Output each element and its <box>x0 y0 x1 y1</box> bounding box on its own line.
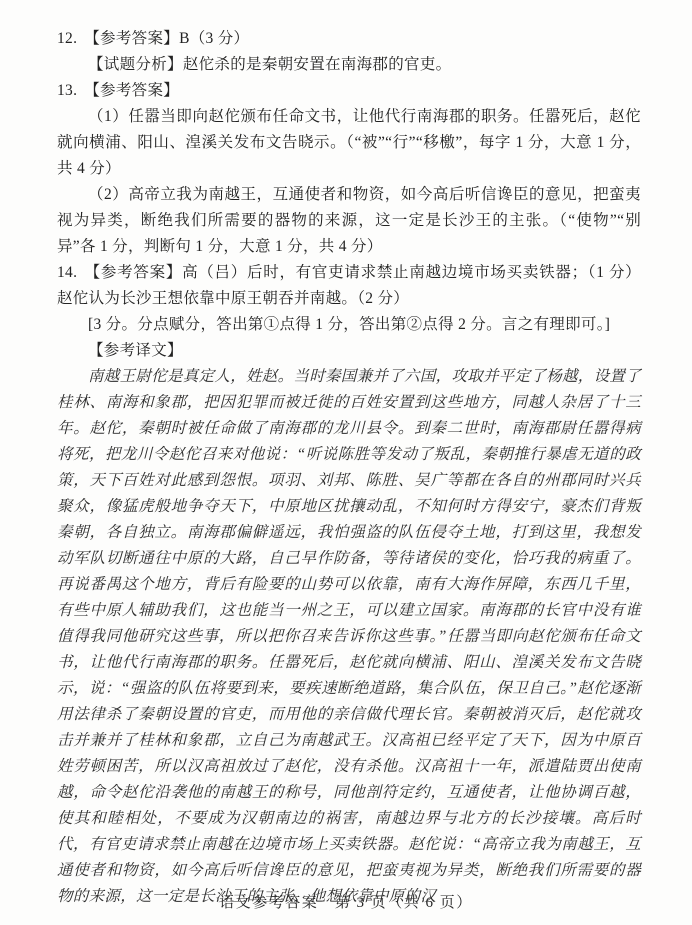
q13-header-line: 13.【参考答案】 <box>57 78 641 104</box>
footer-page-number: 第 3 页（共 6 页） <box>335 895 473 911</box>
translation-text: 南越王尉佗是真定人，姓赵。当时秦国兼并了六国，攻取并平定了杨越，设置了桂林、南海… <box>57 364 641 910</box>
q14-number: 14. <box>57 264 77 281</box>
page-footer: 语文参考答案第 3 页（共 6 页） <box>0 891 692 912</box>
q13-number: 13. <box>57 82 77 99</box>
exam-answer-page: 12.【参考答案】B（3 分） 【试题分析】赵佗杀的是秦朝安置在南海郡的官吏。 … <box>0 0 692 925</box>
q12-analysis-line: 【试题分析】赵佗杀的是秦朝安置在南海郡的官吏。 <box>57 52 641 78</box>
page-content: 12.【参考答案】B（3 分） 【试题分析】赵佗杀的是秦朝安置在南海郡的官吏。 … <box>57 26 641 910</box>
q12-answer-tag: 【参考答案】 <box>84 30 179 47</box>
q12-answer-text: B（3 分） <box>179 30 249 47</box>
q13-part2: （2）高帝立我为南越王，互通使者和物资，如今高后听信谗臣的意见，把蛮夷视为异类，… <box>57 182 641 260</box>
q14-answer-line: 14.【参考答案】高（吕）后时，有官吏请求禁止南越边境市场买卖铁器；（1 分）赵… <box>57 260 641 312</box>
q12-answer-line: 12.【参考答案】B（3 分） <box>57 26 641 52</box>
q14-scoring-note: [3 分。分点赋分，答出第①点得 1 分，答出第②点得 2 分。言之有理即可。] <box>57 312 641 338</box>
q13-answer-tag: 【参考答案】 <box>84 82 179 99</box>
q13-part1: （1）任嚣当即向赵佗颁布任命文书，让他代行南海郡的职务。任嚣死后，赵佗就向横浦、… <box>57 104 641 182</box>
q14-answer-tag: 【参考答案】 <box>84 264 182 281</box>
footer-doc-title: 语文参考答案 <box>219 895 318 911</box>
q12-analysis-tag: 【试题分析】 <box>88 56 183 73</box>
q12-analysis-text: 赵佗杀的是秦朝安置在南海郡的官吏。 <box>183 56 452 73</box>
q12-number: 12. <box>57 30 77 47</box>
translation-label: 【参考译文】 <box>57 338 641 364</box>
